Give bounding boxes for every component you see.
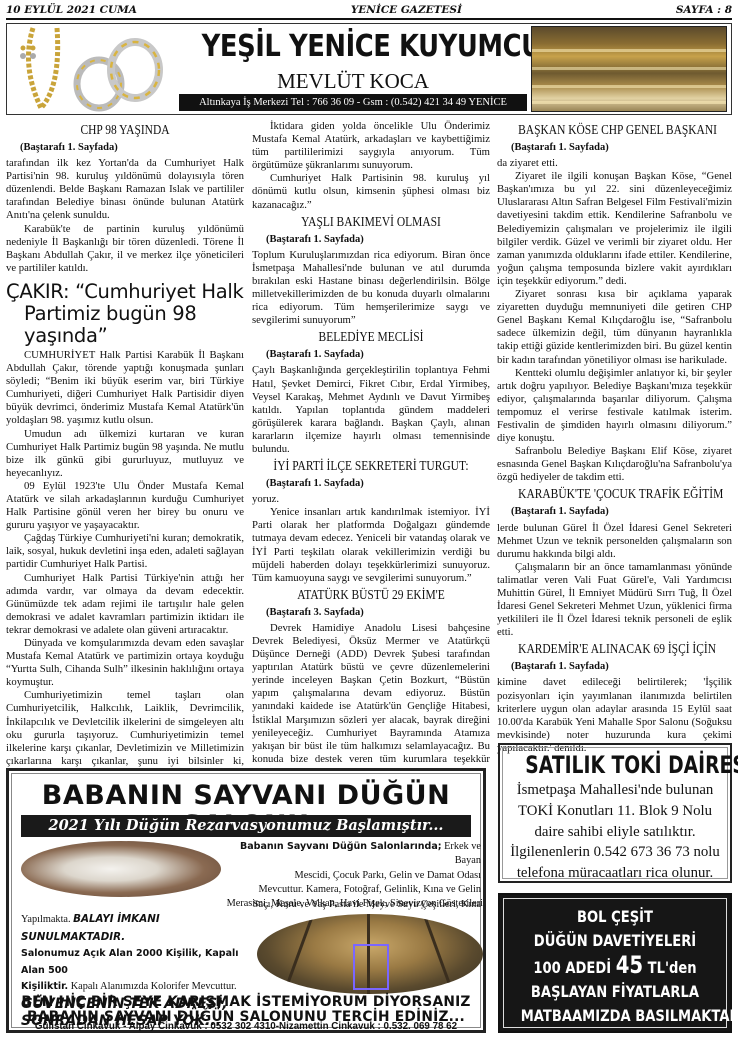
wedding-hall-advertisement: BABANIN SAYVANI DÜĞÜN SALONU 2021 Yılı D… <box>6 768 486 1033</box>
toki-ad-line: İsmetpaşa Mahallesi'nde bulunan <box>500 780 730 801</box>
article-paragraph: Cumhuriyet Halk Partisinin 98. kuruluş y… <box>252 172 490 211</box>
article-paragraph: Ziyaret sonrası kısa bir açıklama yapara… <box>497 288 732 367</box>
article-paragraph: Yenice insanları artık kandırılmak istem… <box>252 506 490 585</box>
wedding-hall-photo <box>257 914 483 994</box>
column-2: İktidara giden yolda öncelikle Ulu Önder… <box>252 120 490 779</box>
wedding-invitation-advertisement: BOL ÇEŞİT DÜĞÜN DAVETİYELERİ 100 ADEDİ 4… <box>498 893 732 1033</box>
toki-ad-line: daire sahibi eliyle satılıktır. <box>500 822 730 843</box>
article-paragraph: Çaylı Başkanlığında gerçekleştirilin top… <box>252 364 490 456</box>
headline-baskan-kose: BAŞKAN KÖSE CHP GENEL BAŞKANI <box>518 122 711 139</box>
article-paragraph: Çağdaş Türkiye Cumhuriyeti'ni kuran; dem… <box>6 532 244 571</box>
jewelry-contact: Altınkaya İş Merkezi Tel : 766 36 09 - G… <box>179 94 527 111</box>
article-paragraph: Umudun adı ülkemizi kurtaran ve kuran Cu… <box>6 428 244 480</box>
article-paragraph: tarafından ilk kez Yortan'da da Cumhuriy… <box>6 157 244 222</box>
article-paragraph: Safranbolu Belediye Başkanı Elif Köse, z… <box>497 445 732 484</box>
source-note: (Baştarafı 1. Sayfada) <box>252 477 490 490</box>
source-note: (Baştarafı 1. Sayfada) <box>252 233 490 246</box>
invitation-price: 100 ADEDİ 45 TL'den <box>521 953 710 980</box>
article-paragraph: lerde bulunan Gürel İl Özel İdaresi Gene… <box>497 522 732 561</box>
toki-ad-title: SATILIK TOKİ DAİRESİ <box>525 750 704 780</box>
jewelry-rings-icon <box>11 26 171 112</box>
article-paragraph: Kentteki olumlu değişimler anlatıyor ki,… <box>497 367 732 446</box>
toki-ad-line: İlgilenenlerin 0.542 673 36 73 nolu <box>500 842 730 863</box>
column-1: CHP 98 YAŞINDA (Baştarafı 1. Sayfada) ta… <box>6 120 244 807</box>
page-number: SAYFA : 8 <box>676 3 732 17</box>
page-header: 10 EYLÜL 2021 CUMA YENİCE GAZETESİ SAYFA… <box>6 2 732 20</box>
toki-apartment-advertisement: SATILIK TOKİ DAİRESİ İsmetpaşa Mahallesi… <box>498 743 732 883</box>
wedding-hall-description-cont: Merasimi, Meşale, Volkan, Havi Fişek, Si… <box>21 897 483 911</box>
article-paragraph: Toplum Kuruluşlarımızdan rica ediyorum. … <box>252 249 490 328</box>
toki-ad-line: TOKİ Konutları 11. Blok 9 Nolu <box>500 801 730 822</box>
article-paragraph: CUMHURİYET Halk Partisi Karabük İl Başka… <box>6 349 244 428</box>
article-paragraph: da ziyaret etti. <box>497 157 732 170</box>
newspaper-name: YENİCE GAZETESİ <box>351 3 462 17</box>
jewelry-advertisement: YEŞİL YENİCE KUYUMCUSU MEVLÜT KOCA Altın… <box>6 23 732 115</box>
headline-belediye-meclisi: BELEDİYE MECLİSİ <box>273 329 468 346</box>
jewelry-owner-name: MEVLÜT KOCA <box>177 69 529 93</box>
jewelry-store-name: YEŞİL YENİCE KUYUMCUSU <box>202 30 505 64</box>
article-paragraph: Devrek Hamidiye Anadolu Lisesi bahçesine… <box>252 622 490 779</box>
jewelry-store-photo <box>531 26 727 112</box>
headline-ataturk-bustu: ATATÜRK BÜSTÜ 29 EKİM'E <box>273 587 468 604</box>
toki-ad-line: telefona müracaatları rica olunur. <box>500 863 730 884</box>
article-paragraph: Ziyaret ile ilgili konuşan Başkan Köse, … <box>497 170 732 288</box>
issue-date: 10 EYLÜL 2021 CUMA <box>6 3 137 17</box>
source-note: (Baştarafı 1. Sayfada) <box>497 660 732 673</box>
article-paragraph: 09 Eylül 1923'te Ulu Önder Mustafa Kemal… <box>6 480 244 532</box>
article-paragraph: İktidara giden yolda öncelikle Ulu Önder… <box>252 120 490 172</box>
article-paragraph: Dünyada ve komşularımızda devam eden sav… <box>6 637 244 689</box>
headline-yasli-bakimevi: YAŞLI BAKIMEVİ OLMASI <box>273 214 468 231</box>
source-note: (Baştarafı 1. Sayfada) <box>6 141 244 154</box>
article-paragraph: yoruz. <box>252 493 490 506</box>
headline-iyi-parti: İYİ PARTİ İLÇE SEKRETERİ TURGUT: <box>273 458 468 475</box>
column-3: BAŞKAN KÖSE CHP GENEL BAŞKANI (Baştarafı… <box>497 120 732 755</box>
wedding-couple-photo <box>21 841 221 897</box>
article-paragraph: Çalışmaların bir an önce tamamlanması yö… <box>497 561 732 640</box>
headline-kardemir: KARDEMİR'E ALINACAK 69 İŞÇİ İÇİN <box>518 641 711 658</box>
source-note: (Baştarafı 1. Sayfada) <box>497 505 732 518</box>
source-note: (Baştarafı 1. Sayfada) <box>497 141 732 154</box>
source-note: (Baştarafı 3. Sayfada) <box>252 606 490 619</box>
article-paragraph: Karabük'te de partinin kuruluş yıldönümü… <box>6 223 244 275</box>
headline-cakir: ÇAKIR: “Cumhuriyet Halk Partimiz bugün 9… <box>6 281 244 347</box>
reservation-banner: 2021 Yılı Düğün Rezarvasyonumuz Başlamış… <box>21 815 471 837</box>
source-note: (Baştarafı 1. Sayfada) <box>252 348 490 361</box>
headline-cocuk-trafik: KARABÜK'TE 'ÇOCUK TRAFİK EĞİTİM <box>518 486 711 503</box>
wedding-contacts: Gülistan Cinkavuk - Alpay Cinkavuk : 053… <box>9 1021 483 1032</box>
headline-chp98: CHP 98 YAŞINDA <box>27 122 222 139</box>
article-paragraph: Cumhuriyet Halk Partisi Türkiye'nin attı… <box>6 572 244 637</box>
